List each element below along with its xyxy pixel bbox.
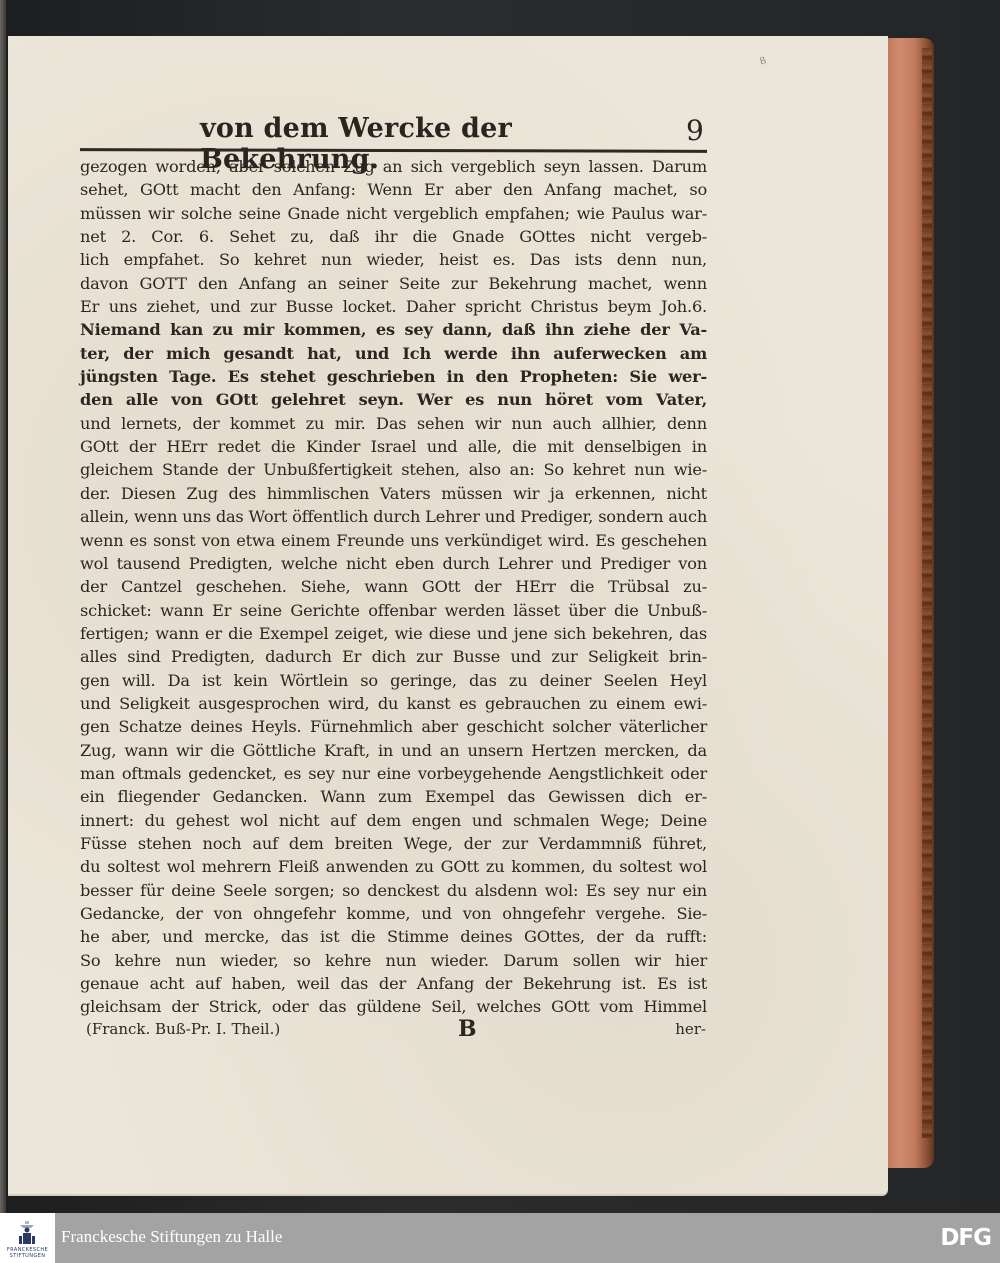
text-line: genaue acht auf haben, weil das der Anfa… (80, 972, 707, 995)
logo-caption-line2: STIFTUNGEN (2, 1253, 53, 1259)
text-line: Zug, wann wir die Göttliche Kraft, in un… (80, 739, 707, 762)
body-text: gezogen worden, aber solchen Zug an sich… (80, 155, 707, 1019)
text-line: und Seligkeit ausgesprochen wird, du kan… (80, 692, 707, 715)
text-line: den alle von GOtt gelehret seyn. Wer es … (80, 388, 707, 411)
text-line: Niemand kan zu mir kommen, es sey dann, … (80, 318, 707, 341)
text-line: besser für deine Seele sorgen; so dencke… (80, 879, 707, 902)
institution-name[interactable]: Franckesche Stiftungen zu Halle (61, 1227, 282, 1247)
text-line: du soltest wol mehrern Fleiß anwenden zu… (80, 855, 707, 878)
text-line: alles sind Predigten, dadurch Er dich zu… (80, 645, 707, 668)
logo-caption: FRANCKESCHE STIFTUNGEN (2, 1247, 53, 1259)
attribution-bar: FRANCKESCHE STIFTUNGEN Franckesche Stift… (0, 1213, 1000, 1263)
text-line: Gedancke, der von ohngefehr komme, und v… (80, 902, 707, 925)
dfg-logo[interactable]: DFG (940, 1225, 991, 1251)
text-line: gleichem Stande der Unbußfertigkeit steh… (80, 458, 707, 481)
text-line: Er uns ziehet, und zur Busse locket. Dah… (80, 295, 707, 318)
text-line: gleichsam der Strick, oder das güldene S… (80, 995, 707, 1018)
text-line: wenn es sonst von etwa einem Freunde uns… (80, 529, 707, 552)
text-line: der. Diesen Zug des himmlischen Vaters m… (80, 482, 707, 505)
text-line: gen Schatze deines Heyls. Fürnehmlich ab… (80, 715, 707, 738)
franckesche-figure-icon (16, 1221, 38, 1245)
page-footer: (Franck. Buß-Pr. I. Theil.) B her- (86, 1020, 706, 1044)
text-line: net 2. Cor. 6. Sehet zu, daß ihr die Gna… (80, 225, 707, 248)
signature-mark: B (458, 1016, 477, 1042)
text-line: GOtt der HErr redet die Kinder Israel un… (80, 435, 707, 458)
text-line: ein fliegender Gedancken. Wann zum Exemp… (80, 785, 707, 808)
text-line: müssen wir solche seine Gnade nicht verg… (80, 202, 707, 225)
text-line: ter, der mich gesandt hat, und Ich werde… (80, 342, 707, 365)
text-line: he aber, und mercke, das ist die Stimme … (80, 925, 707, 948)
text-line: sehet, GOtt macht den Anfang: Wenn Er ab… (80, 178, 707, 201)
book-spine-edge (0, 0, 6, 1213)
text-line: und lernets, der kommet zu mir. Das sehe… (80, 412, 707, 435)
catchword: her- (675, 1020, 706, 1038)
text-line: allein, wenn uns das Wort öffentlich dur… (80, 505, 707, 528)
text-line: fertigen; wann er die Exempel zeiget, wi… (80, 622, 707, 645)
text-line: wol tausend Predigten, welche nicht eben… (80, 552, 707, 575)
text-line: jüngsten Tage. Es stehet geschrieben in … (80, 365, 707, 388)
text-line: innert: du gehest wol nicht auf dem enge… (80, 809, 707, 832)
signature-note: (Franck. Buß-Pr. I. Theil.) (86, 1020, 280, 1038)
text-line: So kehre nun wieder, so kehre nun wieder… (80, 949, 707, 972)
institution-logo[interactable]: FRANCKESCHE STIFTUNGEN (0, 1213, 55, 1263)
book-page-edge (884, 38, 934, 1168)
text-line: davon GOTT den Anfang an seiner Seite zu… (80, 272, 707, 295)
text-line: man oftmals gedencket, es sey nur eine v… (80, 762, 707, 785)
text-line: gen will. Da ist kein Wörtlein so gering… (80, 669, 707, 692)
text-line: der Cantzel geschehen. Siehe, wann GOtt … (80, 575, 707, 598)
page-number: 9 (686, 114, 704, 147)
text-line: gezogen worden, aber solchen Zug an sich… (80, 155, 707, 178)
text-line: schicket: wann Er seine Gerichte offenba… (80, 599, 707, 622)
text-line: Füsse stehen noch auf dem breiten Wege, … (80, 832, 707, 855)
text-line: lich empfahet. So kehret nun wieder, hei… (80, 248, 707, 271)
